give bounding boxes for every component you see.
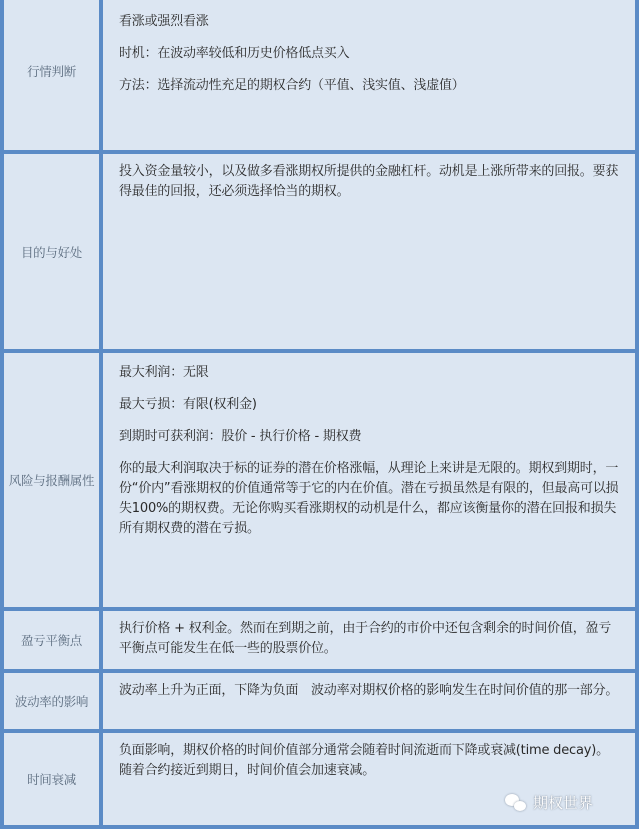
watermark: 期权世界 [505, 792, 593, 813]
content-line: 波动率上升为正面，下降为负面 波动率对期权价格的影响发生在时间价值的那一部分。 [119, 681, 621, 701]
call-option-strategy-table: 行情判断 看涨或强烈看涨 时机：在波动率较低和历史价格低点买入 方法：选择流动性… [0, 0, 639, 829]
table-row: 行情判断 看涨或强烈看涨 时机：在波动率较低和历史价格低点买入 方法：选择流动性… [2, 0, 637, 152]
row-content: 波动率上升为正面，下降为负面 波动率对期权价格的影响发生在时间价值的那一部分。 [101, 671, 637, 731]
table-row: 盈亏平衡点 执行价格 + 权利金。然而在到期之前，由于合约的市价中还包含剩余的时… [2, 609, 637, 671]
row-label-text: 波动率的影响 [15, 694, 88, 709]
row-label-text: 时间衰减 [27, 772, 76, 787]
row-label: 风险与报酬属性 [2, 351, 101, 609]
row-label: 波动率的影响 [2, 671, 101, 731]
row-content: 看涨或强烈看涨 时机：在波动率较低和历史价格低点买入 方法：选择流动性充足的期权… [101, 0, 637, 152]
content-line: 最大亏损：有限(权利金) [119, 395, 621, 415]
table-row: 目的与好处 投入资金量较小，以及做多看涨期权所提供的金融杠杆。动机是上涨所带来的… [2, 152, 637, 351]
row-label: 目的与好处 [2, 152, 101, 351]
content-line: 到期时可获利润：股价 - 执行价格 - 期权费 [119, 427, 621, 447]
content-line: 看涨或强烈看涨 [119, 12, 621, 32]
row-label-text: 风险与报酬属性 [9, 473, 94, 488]
row-label: 时间衰减 [2, 731, 101, 827]
row-content: 最大利润：无限 最大亏损：有限(权利金) 到期时可获利润：股价 - 执行价格 -… [101, 351, 637, 609]
row-label: 盈亏平衡点 [2, 609, 101, 671]
row-content: 执行价格 + 权利金。然而在到期之前，由于合约的市价中还包含剩余的时间价值，盈亏… [101, 609, 637, 671]
row-label-text: 目的与好处 [21, 245, 82, 260]
content-line: 最大利润：无限 [119, 363, 621, 383]
content-line: 执行价格 + 权利金。然而在到期之前，由于合约的市价中还包含剩余的时间价值，盈亏… [119, 619, 621, 659]
watermark-text: 期权世界 [533, 792, 593, 813]
content-line: 你的最大利润取决于标的证券的潜在价格涨幅，从理论上来讲是无限的。期权到期时，一份… [119, 459, 621, 539]
table-row: 波动率的影响 波动率上升为正面，下降为负面 波动率对期权价格的影响发生在时间价值… [2, 671, 637, 731]
wechat-icon [505, 794, 527, 812]
row-content: 投入资金量较小，以及做多看涨期权所提供的金融杠杆。动机是上涨所带来的回报。要获得… [101, 152, 637, 351]
content-line: 方法：选择流动性充足的期权合约（平值、浅实值、浅虚值） [119, 76, 621, 96]
content-line: 时机：在波动率较低和历史价格低点买入 [119, 44, 621, 64]
row-label-text: 盈亏平衡点 [21, 633, 82, 648]
row-label: 行情判断 [2, 0, 101, 152]
row-label-text: 行情判断 [27, 64, 76, 79]
table-row: 风险与报酬属性 最大利润：无限 最大亏损：有限(权利金) 到期时可获利润：股价 … [2, 351, 637, 609]
content-line: 负面影响，期权价格的时间价值部分通常会随着时间流逝而下降或衰减(time dec… [119, 741, 621, 781]
content-line: 投入资金量较小，以及做多看涨期权所提供的金融杠杆。动机是上涨所带来的回报。要获得… [119, 162, 621, 202]
